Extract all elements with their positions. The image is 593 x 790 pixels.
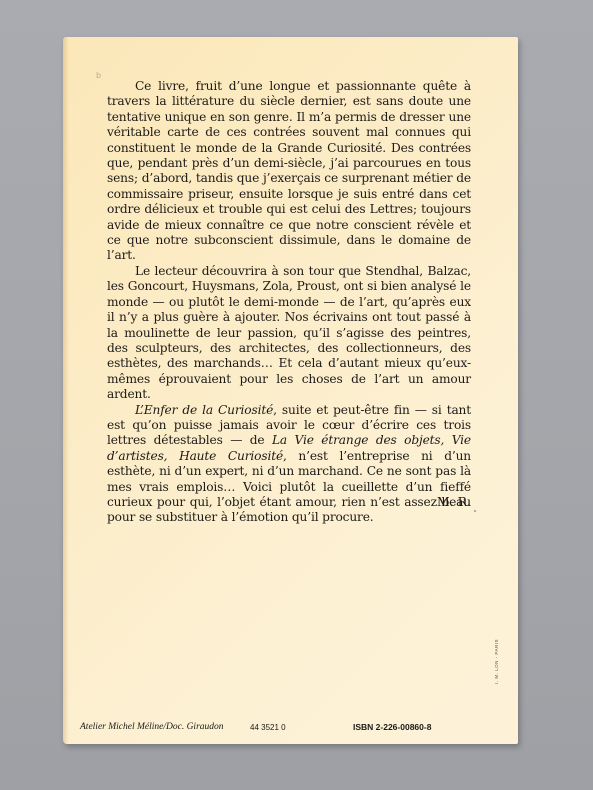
blurb-text: Ce livre, fruit d’une longue et passionn… <box>107 79 471 526</box>
paragraph-1-text: Ce livre, fruit d’une longue et passionn… <box>107 79 471 262</box>
printer-imprint: I. M. LON - PARIS <box>494 639 499 684</box>
paragraph-3: L’Enfer de la Curiosité, suite et peut-ê… <box>107 403 471 526</box>
book-back-cover: b Ce livre, fruit d’une longue et passio… <box>63 37 518 744</box>
author-signature: M. R. <box>437 494 471 509</box>
title-enfer-de-la-curiosite: L’Enfer de la Curiosité <box>135 403 273 417</box>
photo-credit: Atelier Michel Méline/Doc. Giraudon <box>80 722 224 732</box>
paragraph-1: Ce livre, fruit d’une longue et passionn… <box>107 79 471 264</box>
pencil-mark: b <box>96 71 101 80</box>
catalog-code: 44 3521 0 <box>250 723 286 732</box>
speck <box>474 510 476 512</box>
footer: Atelier Michel Méline/Doc. Giraudon 44 3… <box>63 722 518 736</box>
paragraph-2: Le lecteur découvrira à son tour que Ste… <box>107 264 471 403</box>
paragraph-2-text: Le lecteur découvrira à son tour que Ste… <box>107 264 471 401</box>
isbn: ISBN 2-226-00860-8 <box>353 722 431 732</box>
